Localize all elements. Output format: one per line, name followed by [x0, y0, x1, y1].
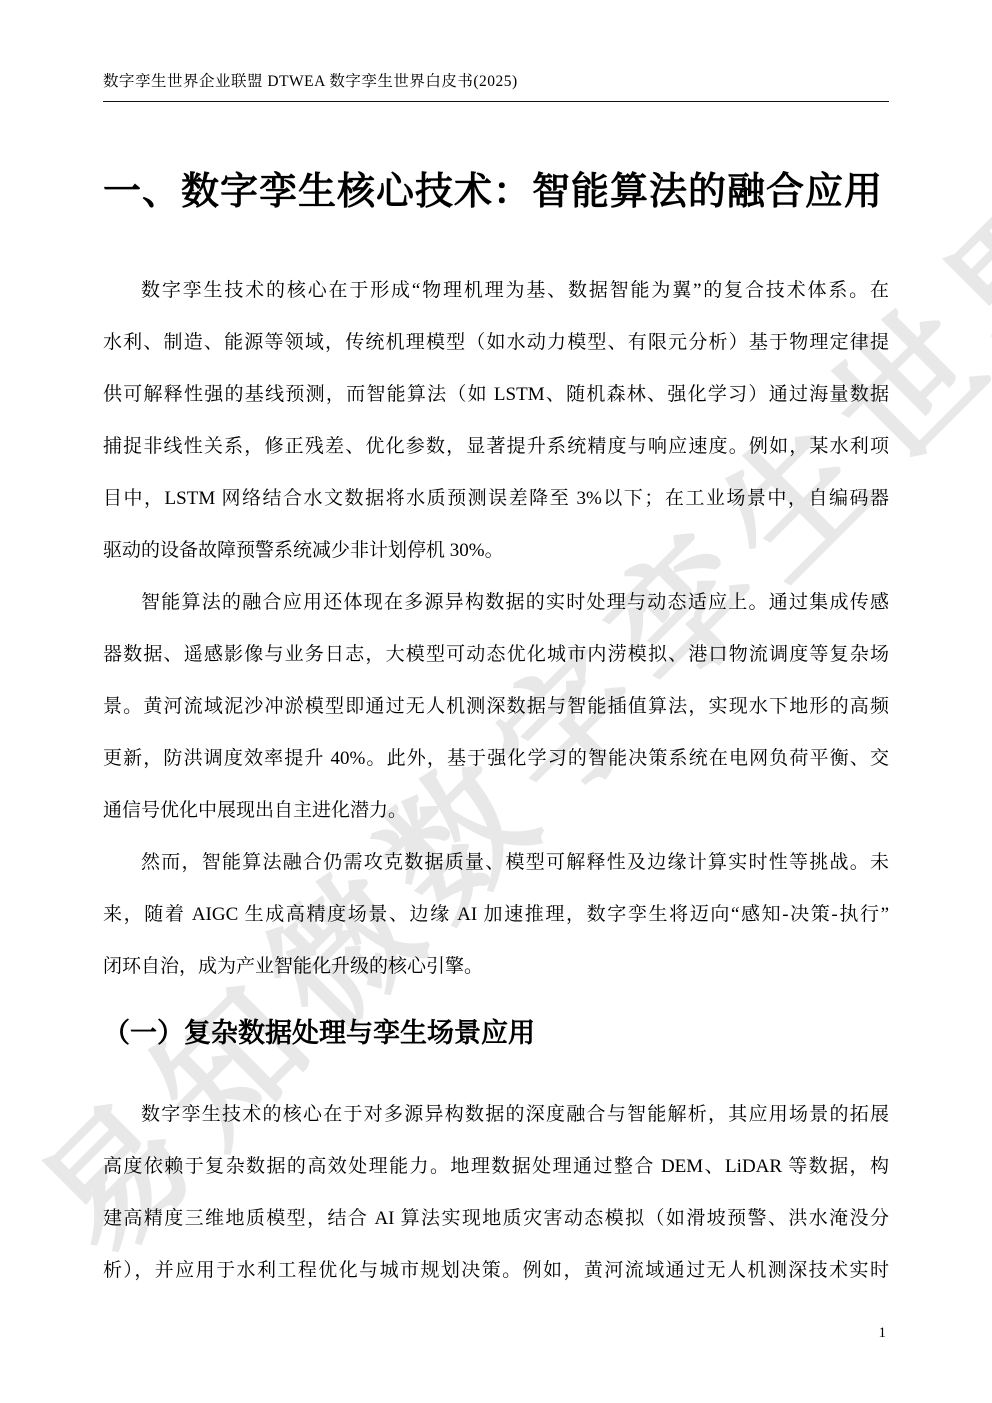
text-line: 智能算法的融合应用还体现在多源异构数据的实时处理与动态适应上。通过集成传感	[103, 577, 889, 629]
text-line: 器数据、遥感影像与业务日志，大模型可动态优化城市内涝模拟、港口物流调度等复杂场	[103, 629, 889, 681]
header-title: 数字孪生世界企业联盟 DTWEA 数字孪生世界白皮书(2025)	[103, 73, 518, 90]
paragraph: 然而，智能算法融合仍需攻克数据质量、模型可解释性及边缘计算实时性等挑战。未 来，…	[103, 837, 889, 993]
text-line: 析），并应用于水利工程优化与城市规划决策。例如，黄河流域通过无人机测深技术实时	[103, 1245, 889, 1297]
text-line: 建高精度三维地质模型，结合 AI 算法实现地质灾害动态模拟（如滑坡预警、洪水淹没…	[103, 1193, 889, 1245]
page-footer: 1	[103, 1323, 886, 1343]
page-header: 数字孪生世界企业联盟 DTWEA 数字孪生世界白皮书(2025)	[103, 0, 889, 102]
document-page: 易知微数字孪生世界 数字孪生世界企业联盟 DTWEA 数字孪生世界白皮书(202…	[0, 0, 992, 1403]
text-line: 目中，LSTM 网络结合水文数据将水质预测误差降至 3%以下；在工业场景中，自编…	[103, 473, 889, 525]
paragraph: 智能算法的融合应用还体现在多源异构数据的实时处理与动态适应上。通过集成传感 器数…	[103, 577, 889, 837]
paragraph: 数字孪生技术的核心在于对多源异构数据的深度融合与智能解析，其应用场景的拓展 高度…	[103, 1089, 889, 1297]
text-line: 高度依赖于复杂数据的高效处理能力。地理数据处理通过整合 DEM、LiDAR 等数…	[103, 1141, 889, 1193]
text-line: 景。黄河流域泥沙冲淤模型即通过无人机测深数据与智能插值算法，实现水下地形的高频	[103, 681, 889, 733]
text-line: 数字孪生技术的核心在于对多源异构数据的深度融合与智能解析，其应用场景的拓展	[103, 1089, 889, 1141]
text-line: 数字孪生技术的核心在于形成“物理机理为基、数据智能为翼”的复合技术体系。在	[103, 265, 889, 317]
document-title: 一、数字孪生核心技术：智能算法的融合应用	[103, 166, 889, 218]
text-line: 供可解释性强的基线预测，而智能算法（如 LSTM、随机森林、强化学习）通过海量数…	[103, 369, 889, 421]
text-line: 更新，防洪调度效率提升 40%。此外，基于强化学习的智能决策系统在电网负荷平衡、…	[103, 733, 889, 785]
page-content: 数字孪生世界企业联盟 DTWEA 数字孪生世界白皮书(2025) 一、数字孪生核…	[0, 0, 992, 1343]
text-line: 驱动的设备故障预警系统减少非计划停机 30%。	[103, 525, 889, 577]
text-line: 通信号优化中展现出自主进化潜力。	[103, 785, 889, 837]
text-line: 来，随着 AIGC 生成高精度场景、边缘 AI 加速推理，数字孪生将迈向“感知-…	[103, 889, 889, 941]
section-heading: （一）复杂数据处理与孪生场景应用	[103, 1009, 889, 1057]
text-line: 捕捉非线性关系，修正残差、优化参数，显著提升系统精度与响应速度。例如，某水利项	[103, 421, 889, 473]
text-line: 然而，智能算法融合仍需攻克数据质量、模型可解释性及边缘计算实时性等挑战。未	[103, 837, 889, 889]
text-line: 水利、制造、能源等领域，传统机理模型（如水动力模型、有限元分析）基于物理定律提	[103, 317, 889, 369]
page-number: 1	[879, 1325, 887, 1341]
text-line: 闭环自治，成为产业智能化升级的核心引擎。	[103, 941, 889, 993]
paragraph: 数字孪生技术的核心在于形成“物理机理为基、数据智能为翼”的复合技术体系。在 水利…	[103, 265, 889, 577]
